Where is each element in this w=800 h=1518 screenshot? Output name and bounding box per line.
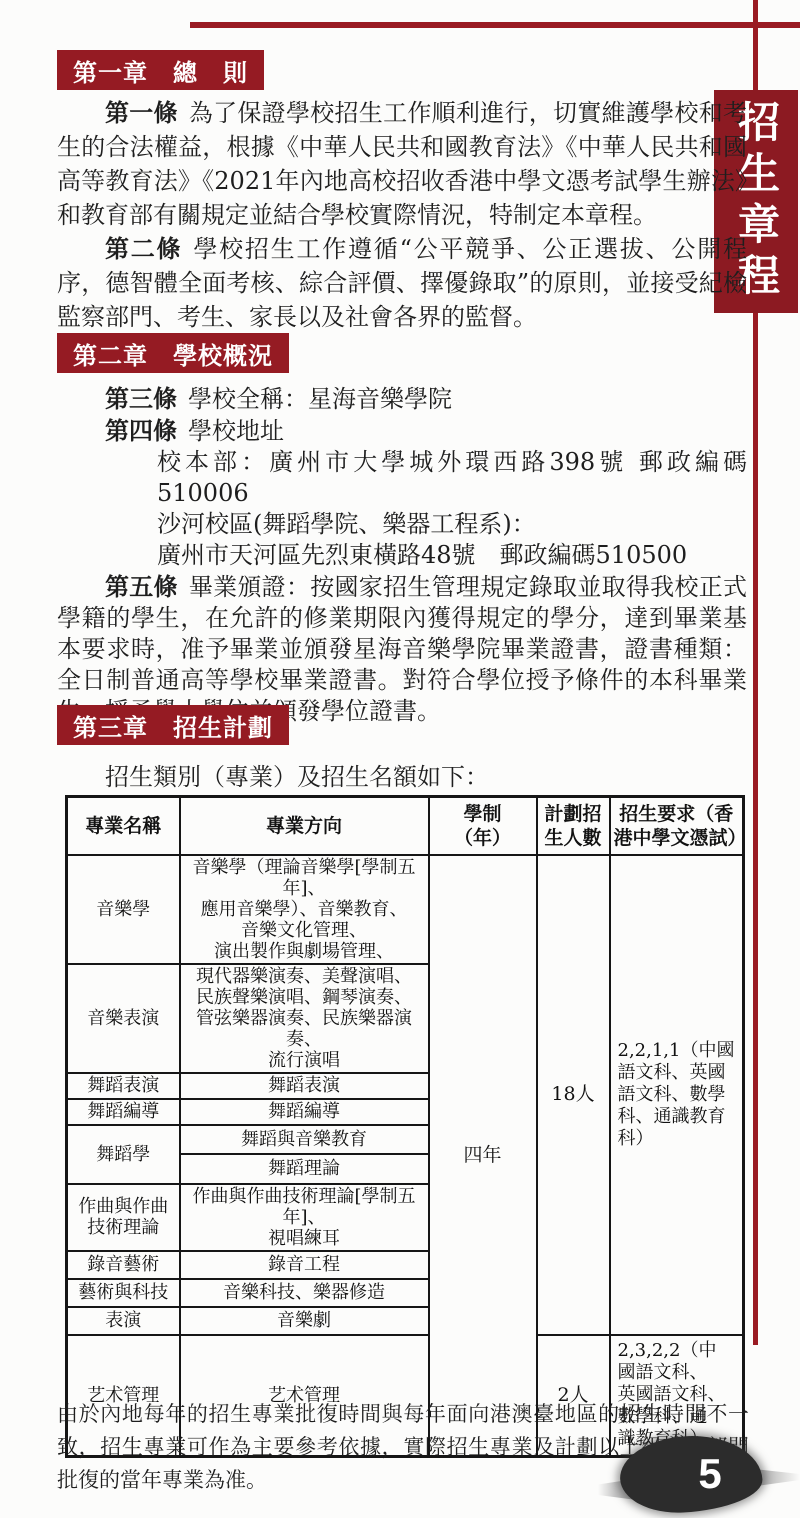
chapter2-heading: 第二章 學校概況 <box>73 336 273 371</box>
major-directions: 舞蹈理論 <box>180 1154 429 1184</box>
major-name: 錄音藝術 <box>67 1251 180 1279</box>
header-quota: 計劃招 生人數 <box>537 797 610 855</box>
major-directions: 音樂劇 <box>180 1307 429 1335</box>
article-3-label: 第三條 <box>105 384 177 413</box>
article-4-label: 第四條 <box>105 416 177 445</box>
plan-intro-line: 招生類別（專業）及招生名額如下： <box>57 757 747 792</box>
top-horizontal-rule <box>190 22 800 28</box>
chapter3-heading-bar: 第三章 招生計劃 <box>57 705 289 745</box>
major-name: 舞蹈編導 <box>67 1099 180 1125</box>
major-name: 表演 <box>67 1307 180 1335</box>
table-header-row: 專業名稱 專業方向 學制 （年） 計劃招 生人數 招生要求（香 港中學文憑試） <box>67 797 744 855</box>
major-directions: 錄音工程 <box>180 1251 429 1279</box>
article-3-line: 第三條學校全稱：星海音樂學院 <box>57 383 747 415</box>
article-2-paragraph: 第二條學校招生工作遵循“公平競爭、公正選拔、公開程序，德智體全面考核、綜合評價、… <box>57 232 747 334</box>
major-directions: 作曲與作曲技術理論[學制五年]、 視唱練耳 <box>180 1184 429 1251</box>
quota-main-cell: 18人 <box>537 855 610 1335</box>
article-3-text: 學校全稱：星海音樂學院 <box>188 385 452 413</box>
major-name: 舞蹈學 <box>67 1125 180 1184</box>
address-shahe-street: 廣州市天河區先烈東橫路48號 郵政編碼510500 <box>57 540 747 571</box>
article-1-paragraph: 第一條為了保證學校招生工作順利進行，切實維護學校和考生的合法權益，根據《中華人民… <box>57 96 747 232</box>
requirements-main-cell: 2,2,1,1（中國 語文科、英國 語文科、數學 科、通識教育 科） <box>610 855 744 1335</box>
header-major-direction: 專業方向 <box>180 797 429 855</box>
article-5-label: 第五條 <box>105 572 178 601</box>
major-directions: 音樂科技、樂器修造 <box>180 1279 429 1307</box>
major-directions: 舞蹈表演 <box>180 1073 429 1099</box>
major-name: 藝術與科技 <box>67 1279 180 1307</box>
chapter1-heading-bar: 第一章 總 則 <box>57 50 264 90</box>
major-directions: 音樂學（理論音樂學[學制五年]、 應用音樂學）、音樂教育、 音樂文化管理、 演出… <box>180 855 429 964</box>
major-name: 作曲與作曲 技術理論 <box>67 1184 180 1251</box>
chapter1-heading: 第一章 總 則 <box>73 53 248 88</box>
scanned-page: { "banner": { "vertical_title": "招生章程", … <box>0 0 800 1518</box>
article-4-text: 學校地址 <box>188 417 284 445</box>
article-2-label: 第二條 <box>105 234 182 263</box>
major-directions: 現代器樂演奏、美聲演唱、 民族聲樂演唱、鋼琴演奏、 管弦樂器演奏、民族樂器演奏、… <box>180 964 429 1073</box>
chapter2-heading-bar: 第二章 學校概況 <box>57 333 289 373</box>
page-number-blob: 5 <box>598 1434 800 1518</box>
major-name: 音樂表演 <box>67 964 180 1073</box>
duration-cell: 四年 <box>429 855 537 1457</box>
page-number: 5 <box>680 1448 740 1500</box>
header-major-name: 專業名稱 <box>67 797 180 855</box>
major-directions: 舞蹈編導 <box>180 1099 429 1125</box>
header-requirements: 招生要求（香 港中學文憑試） <box>610 797 744 855</box>
article-5-paragraph: 第五條畢業頒證：按國家招生管理規定錄取並取得我校正式學籍的學生，在允許的修業期限… <box>57 571 747 727</box>
chapter1-body: 第一條為了保證學校招生工作順利進行，切實維護學校和考生的合法權益，根據《中華人民… <box>57 96 747 334</box>
chapter3-heading: 第三章 招生計劃 <box>73 708 273 743</box>
article-1-label: 第一條 <box>105 98 178 127</box>
address-main-campus: 校本部：廣州市大學城外環西路398號 郵政編碼510006 <box>57 447 747 509</box>
major-name: 舞蹈表演 <box>67 1073 180 1099</box>
major-name: 音樂學 <box>67 855 180 964</box>
table-row: 音樂學 音樂學（理論音樂學[學制五年]、 應用音樂學）、音樂教育、 音樂文化管理… <box>67 855 744 964</box>
chapter2-body: 第三條學校全稱：星海音樂學院 第四條學校地址 校本部：廣州市大學城外環西路398… <box>57 383 747 727</box>
admission-plan-table: 專業名稱 專業方向 學制 （年） 計劃招 生人數 招生要求（香 港中學文憑試） … <box>65 795 745 1458</box>
article-4-line: 第四條學校地址 <box>57 415 747 447</box>
major-directions: 舞蹈與音樂教育 <box>180 1125 429 1154</box>
address-shahe-campus: 沙河校區(舞蹈學院、樂器工程系)： <box>57 509 747 540</box>
header-duration: 學制 （年） <box>429 797 537 855</box>
